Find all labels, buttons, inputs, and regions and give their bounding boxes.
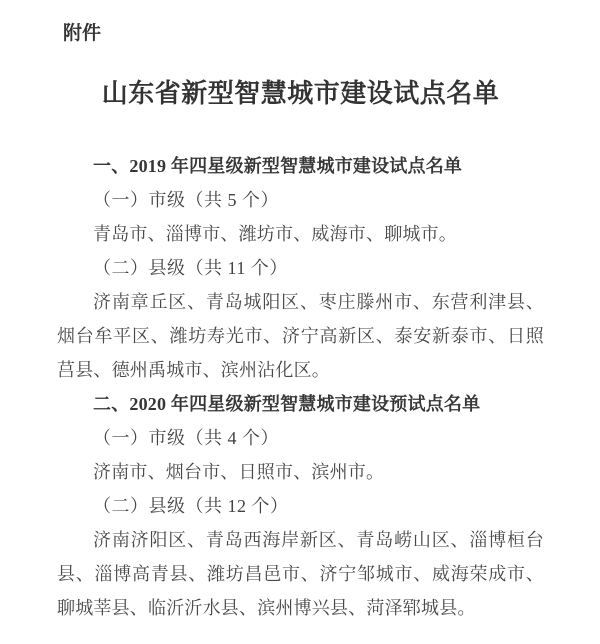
section-1-city-level-list: 青岛市、淄博市、潍坊市、威海市、聊城市。: [57, 217, 544, 251]
section-1-heading: 一、2019 年四星级新型智慧城市建设试点名单: [57, 149, 544, 183]
section-1-city-level-label: （一）市级（共 5 个）: [57, 183, 544, 217]
attachment-label: 附件: [63, 24, 544, 44]
section-2-heading: 二、2020 年四星级新型智慧城市建设预试点名单: [57, 387, 544, 421]
section-2-county-level-list: 济南济阳区、青岛西海岸新区、青岛崂山区、淄博桓台县、淄博高青县、潍坊昌邑市、济宁…: [57, 523, 544, 625]
document-title: 山东省新型智慧城市建设试点名单: [57, 78, 544, 110]
section-1-county-level-list: 济南章丘区、青岛城阳区、枣庄滕州市、东营利津县、烟台牟平区、潍坊寿光市、济宁高新…: [57, 285, 544, 387]
document-page: 附件 山东省新型智慧城市建设试点名单 一、2019 年四星级新型智慧城市建设试点…: [0, 0, 600, 644]
section-2-county-level-label: （二）县级（共 12 个）: [57, 489, 544, 523]
section-2-city-level-list: 济南市、烟台市、日照市、滨州市。: [57, 455, 544, 489]
section-2-city-level-label: （一）市级（共 4 个）: [57, 421, 544, 455]
document-body: 一、2019 年四星级新型智慧城市建设试点名单 （一）市级（共 5 个） 青岛市…: [57, 149, 544, 625]
section-1-county-level-label: （二）县级（共 11 个）: [57, 251, 544, 285]
